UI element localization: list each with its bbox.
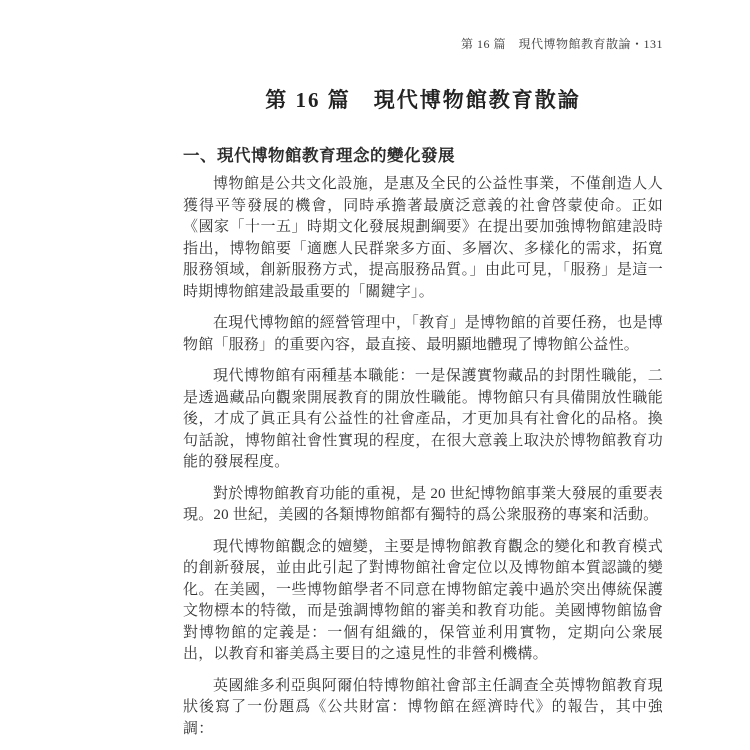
book-page: 第 16 篇 現代博物館教育散論・131 第 16 篇 現代博物館教育散論 一、…	[0, 0, 750, 750]
paragraph-1: 博物館是公共文化設施，是惠及全民的公益性事業，不僅創造人人獲得平等發展的機會，同…	[183, 174, 663, 303]
paragraph-4: 對於博物館教育功能的重視，是 20 世紀博物館事業大發展的重要表現。20 世紀，…	[183, 484, 663, 527]
paragraph-3: 現代博物館有兩種基本職能：一是保護實物藏品的封閉性職能，二是透過藏品向觀衆開展教…	[183, 366, 663, 474]
running-header: 第 16 篇 現代博物館教育散論・131	[183, 37, 663, 51]
chapter-title: 第 16 篇 現代博物館教育散論	[183, 87, 663, 113]
paragraph-5: 現代博物館觀念的嬗變，主要是博物館教育觀念的變化和教育模式的創新發展，並由此引起…	[183, 537, 663, 666]
section-heading: 一、現代博物館教育理念的變化發展	[183, 146, 663, 166]
paragraph-2: 在現代博物館的經營管理中，「教育」是博物館的首要任務，也是博物館「服務」的重要內…	[183, 313, 663, 356]
paragraph-6: 英國維多利亞與阿爾伯特博物館社會部主任調查全英博物館教育現狀後寫了一份題爲《公共…	[183, 676, 663, 741]
